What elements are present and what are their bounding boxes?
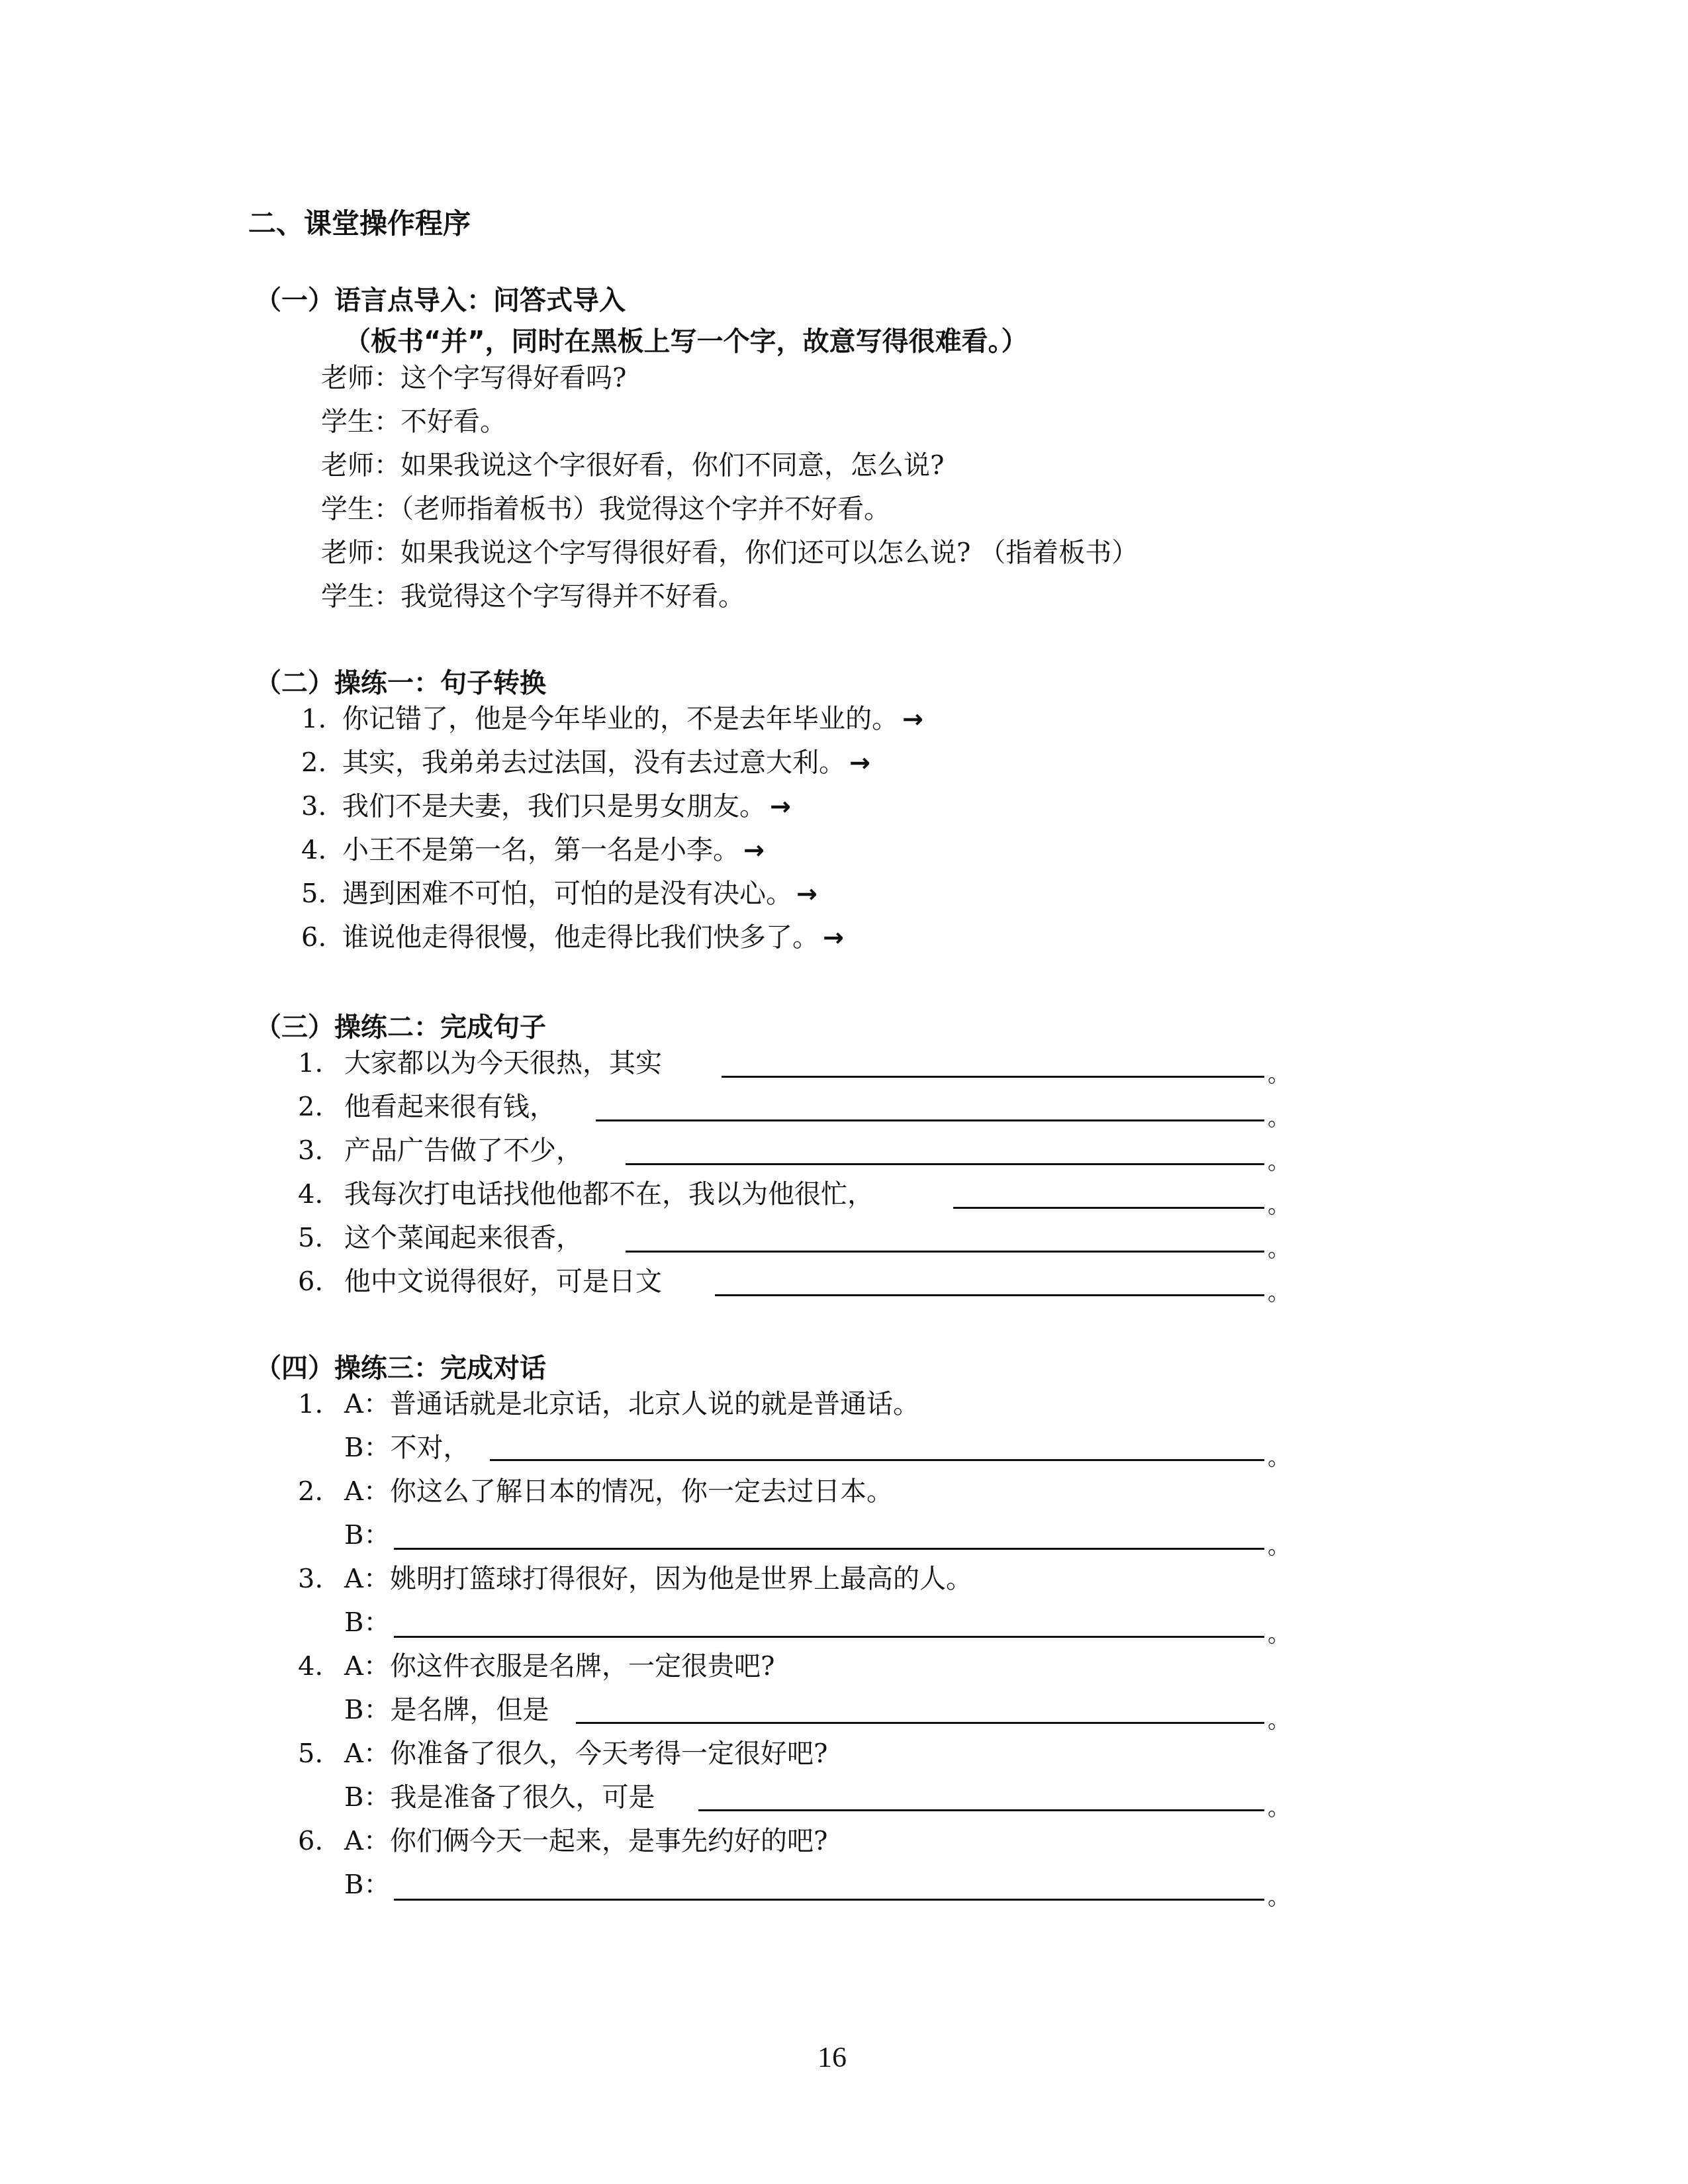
end-period: 。 [1268,1143,1290,1176]
item-number: 6. [301,922,342,953]
item-number: 6. [298,1266,344,1298]
item-number: 1. [298,1047,344,1079]
speaker-a-text: A：你们俩今天一起来，是事先约好的吧? [344,1826,827,1856]
dialogue-line: 学生：（老师指着板书）我觉得这个字并不好看。 [321,493,890,525]
item-number: 5. [298,1222,344,1254]
end-period: 。 [1268,1056,1290,1088]
speaker-a-text: A：你这么了解日本的情况，你一定去过日本。 [344,1476,893,1507]
speaker-label: 学生： [321,581,400,612]
answer-blank[interactable] [394,1636,1264,1638]
item-number: 1. [298,1388,344,1420]
speaker-a-text: A：你准备了很久，今天考得一定很好吧? [344,1738,827,1769]
answer-blank[interactable] [722,1076,1264,1078]
dialogue-text: （老师指着板书）我觉得这个字并不好看。 [400,494,890,524]
item-number: 3. [298,1563,344,1595]
dialogue-line: 老师：如果我说这个字写得很好看，你们还可以怎么说? （指着板书） [321,537,1138,569]
list-item: 3.我们不是夫妻，我们只是男女朋友。→ [301,790,791,822]
item-number: 5. [301,878,342,910]
item-number: 2. [298,1476,344,1507]
item-number: 2. [298,1091,344,1123]
answer-blank[interactable] [596,1119,1264,1121]
dialogue-a: 1.A：普通话就是北京话，北京人说的就是普通话。 [298,1388,919,1420]
dialogue-b: B：我是准备了很久，可是 [344,1781,655,1813]
speaker-label: 学生： [321,494,400,524]
section1-board-note: （板书“并”，同时在黑板上写一个字，故意写得很难看。） [344,320,1028,358]
item-text: 我每次打电话找他他都不在，我以为他很忙， [344,1179,874,1210]
speaker-a-text: A：你这件衣服是名牌，一定很贵吧? [344,1651,774,1682]
dialogue-line: 老师：这个字写得好看吗? [321,362,626,394]
dialogue-a: 5.A：你准备了很久，今天考得一定很好吧? [298,1738,827,1770]
end-period: 。 [1268,1879,1290,1911]
item-text: 产品广告做了不少， [344,1135,583,1166]
list-item: 2.其实，我弟弟去过法国，没有去过意大利。→ [301,747,870,779]
speaker-label: 老师： [321,363,400,393]
item-text: 大家都以为今天很热，其实 [344,1048,662,1078]
list-item: 1.大家都以为今天很热，其实 [298,1047,662,1079]
answer-blank[interactable] [953,1207,1264,1209]
section2-heading: （二）操练一：句子转换 [255,662,546,700]
speaker-label: 老师： [321,450,400,481]
page-title: 二、课堂操作程序 [248,202,471,242]
answer-blank[interactable] [698,1809,1264,1811]
item-number: 4. [298,1178,344,1210]
page-number: 16 [818,2040,847,2074]
end-period: 。 [1268,1528,1290,1560]
item-text: 他中文说得很好，可是日文 [344,1266,662,1297]
item-text: 遇到困难不可怕，可怕的是没有决心。 [342,878,792,909]
list-item: 6.谁说他走得很慢，他走得比我们快多了。→ [301,922,844,953]
dialogue-line: 老师：如果我说这个字很好看，你们不同意，怎么说? [321,450,944,481]
item-number: 5. [298,1738,344,1770]
end-period: 。 [1268,1231,1290,1263]
list-item: 3.产品广告做了不少， [298,1135,583,1166]
answer-blank[interactable] [626,1251,1264,1253]
answer-blank[interactable] [490,1459,1264,1461]
dialogue-b: B：是名牌，但是 [344,1694,549,1726]
dialogue-b: B： [344,1607,390,1638]
speaker-a-text: A：姚明打篮球打得很好，因为他是世界上最高的人。 [344,1564,972,1594]
section4-heading: （四）操练三：完成对话 [255,1347,546,1385]
end-period: 。 [1268,1616,1290,1648]
item-text: 这个菜闻起来很香， [344,1223,583,1253]
item-text: 其实，我弟弟去过法国，没有去过意大利。 [342,747,845,778]
list-item: 5.遇到困难不可怕，可怕的是没有决心。→ [301,878,818,910]
item-text: 我们不是夫妻，我们只是男女朋友。 [342,791,766,822]
list-item: 4.我每次打电话找他他都不在，我以为他很忙， [298,1178,874,1210]
end-period: 。 [1268,1274,1290,1307]
item-number: 1. [301,703,342,735]
item-text: 小王不是第一名，第一名是小李。 [342,835,739,865]
end-period: 。 [1268,1439,1290,1472]
answer-blank[interactable] [626,1163,1264,1165]
item-number: 6. [298,1825,344,1857]
dialogue-a: 3.A：姚明打篮球打得很好，因为他是世界上最高的人。 [298,1563,972,1595]
dialogue-line: 学生：我觉得这个字写得并不好看。 [321,581,745,612]
speaker-label: 学生： [321,406,400,437]
dialogue-b: B： [344,1869,390,1901]
end-period: 。 [1268,1702,1290,1734]
arrow-right-icon: → [743,835,765,865]
arrow-right-icon: → [796,879,818,908]
answer-blank[interactable] [394,1548,1264,1550]
arrow-right-icon: → [849,748,870,777]
dialogue-a: 4.A：你这件衣服是名牌，一定很贵吧? [298,1650,774,1682]
list-item: 5.这个菜闻起来很香， [298,1222,583,1254]
dialogue-a: 6.A：你们俩今天一起来，是事先约好的吧? [298,1825,827,1857]
dialogue-text: 如果我说这个字很好看，你们不同意，怎么说? [400,450,944,481]
dialogue-line: 学生：不好看。 [321,406,506,438]
arrow-right-icon: → [823,923,844,952]
item-number: 4. [298,1650,344,1682]
dialogue-text: 这个字写得好看吗? [400,363,626,393]
dialogue-text: 如果我说这个字写得很好看，你们还可以怎么说? （指着板书） [400,538,1138,568]
end-period: 。 [1268,1100,1290,1132]
section1-heading: （一）语言点导入：问答式导入 [255,279,626,317]
dialogue-a: 2.A：你这么了解日本的情况，你一定去过日本。 [298,1476,893,1507]
list-item: 4.小王不是第一名，第一名是小李。→ [301,834,765,866]
item-number: 3. [298,1135,344,1166]
list-item: 6.他中文说得很好，可是日文 [298,1266,662,1298]
arrow-right-icon: → [770,792,791,821]
item-text: 谁说他走得很慢，他走得比我们快多了。 [342,922,819,953]
dialogue-b: B： [344,1519,390,1551]
arrow-right-icon: → [902,704,923,734]
speaker-a-text: A：普通话就是北京话，北京人说的就是普通话。 [344,1389,919,1419]
item-text: 你记错了，他是今年毕业的，不是去年毕业的。 [342,704,898,734]
end-period: 。 [1268,1789,1290,1822]
item-number: 2. [301,747,342,779]
item-number: 3. [301,790,342,822]
answer-blank[interactable] [576,1722,1264,1724]
dialogue-b: B：不对， [344,1432,469,1464]
dialogue-text: 不好看。 [400,406,506,437]
end-period: 。 [1268,1187,1290,1219]
speaker-label: 老师： [321,538,400,568]
answer-blank[interactable] [394,1899,1264,1901]
list-item: 2.他看起来很有钱， [298,1091,556,1123]
dialogue-text: 我觉得这个字写得并不好看。 [400,581,745,612]
section3-heading: （三）操练二：完成句子 [255,1006,546,1044]
item-text: 他看起来很有钱， [344,1092,556,1122]
answer-blank[interactable] [715,1294,1264,1296]
item-number: 4. [301,834,342,866]
list-item: 1.你记错了，他是今年毕业的，不是去年毕业的。→ [301,703,923,735]
